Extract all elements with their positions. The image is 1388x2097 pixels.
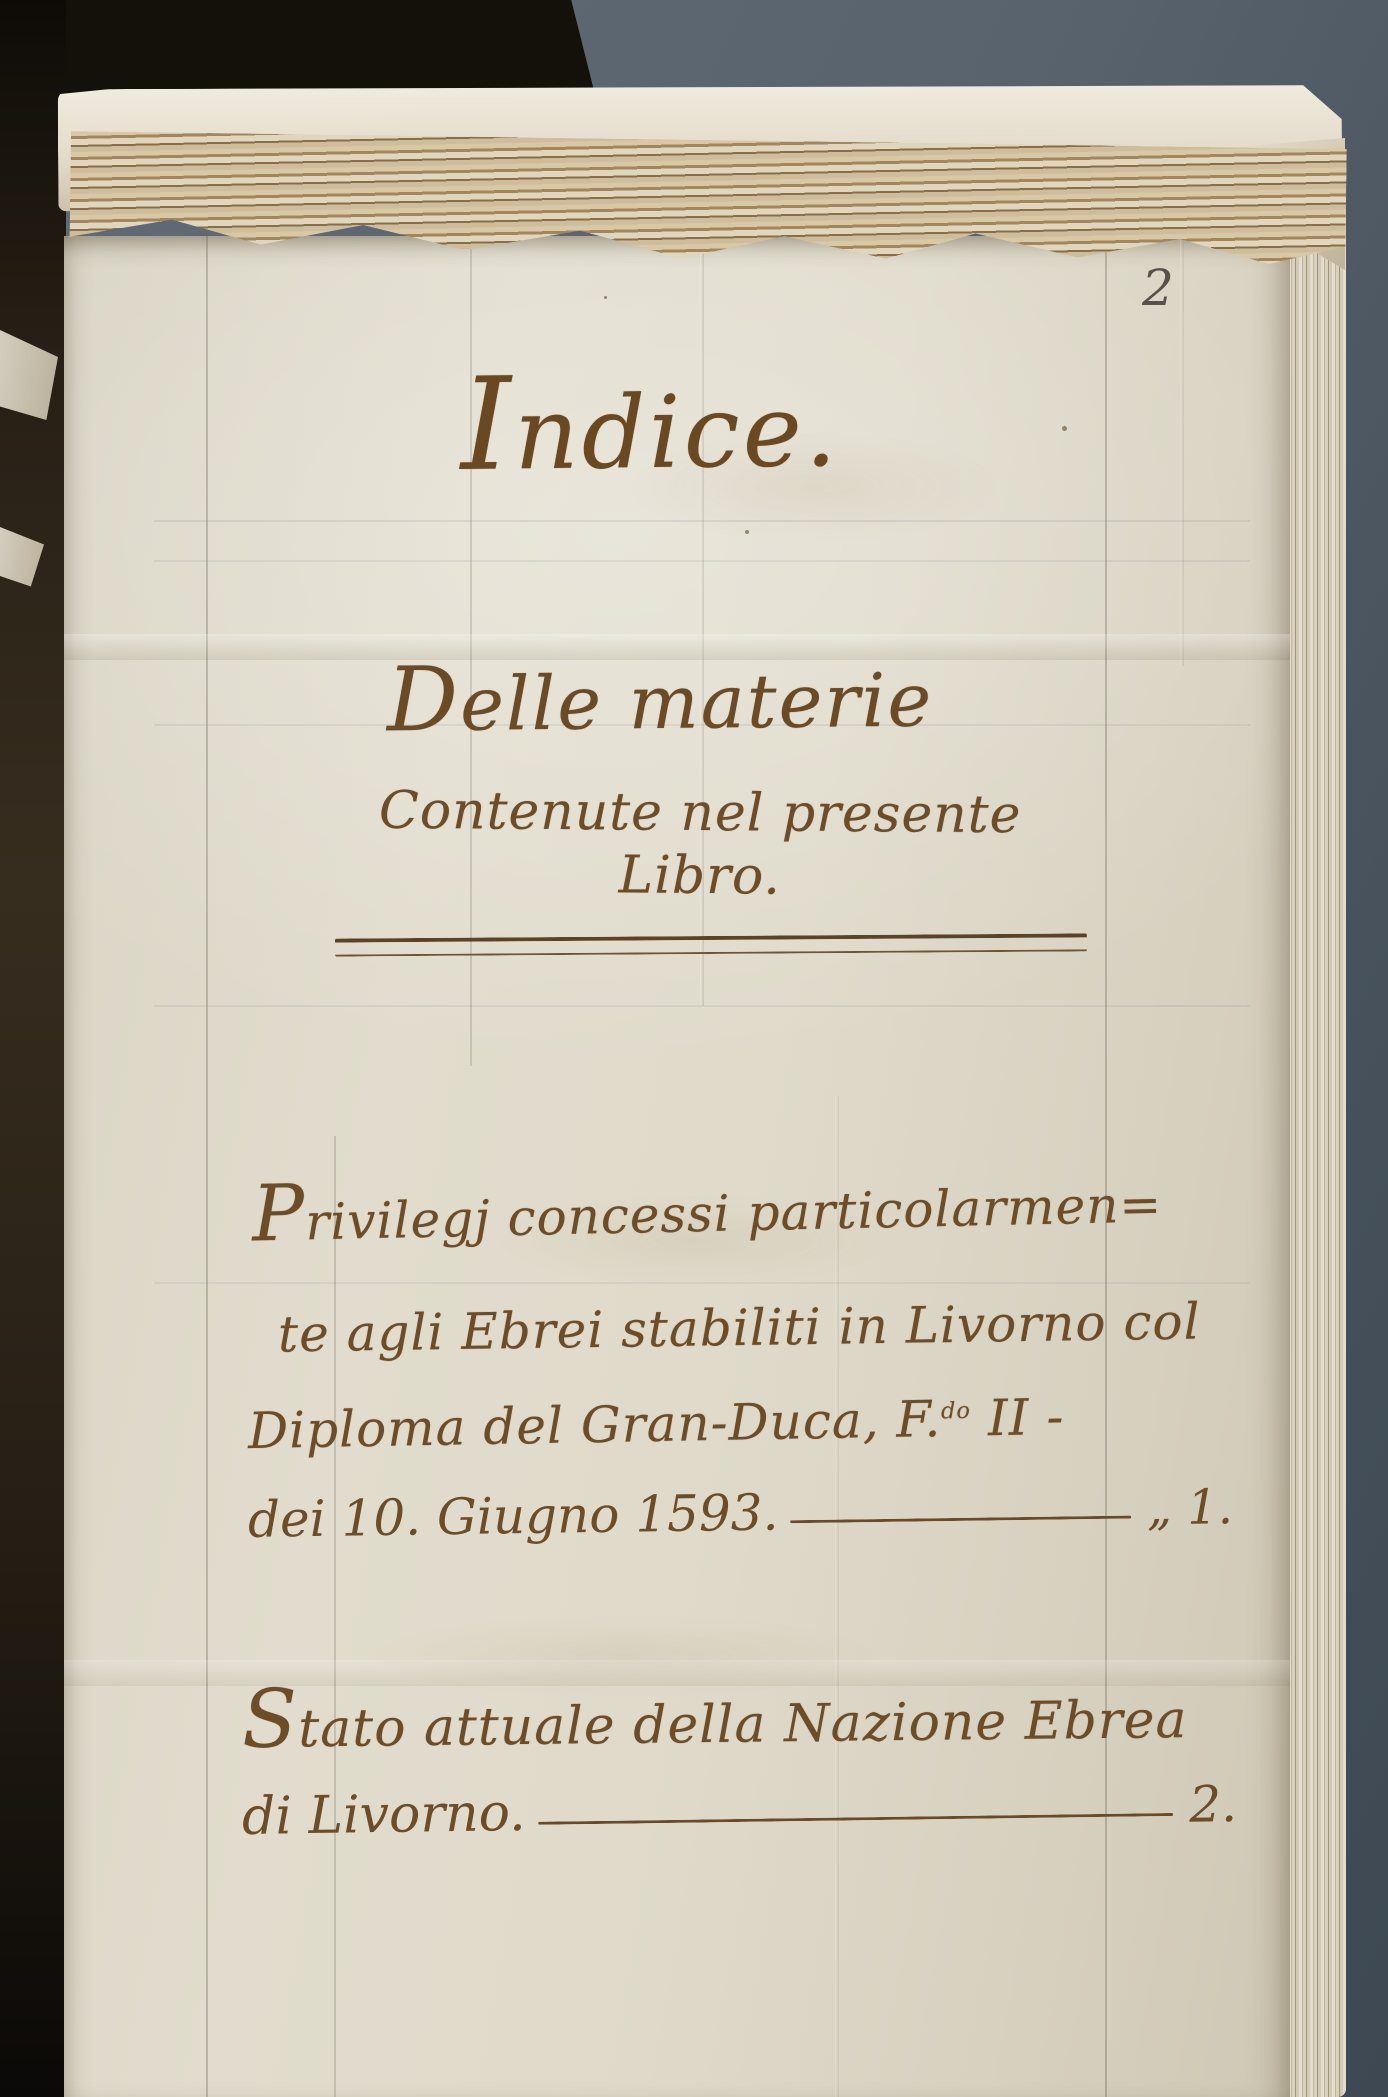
entry-line-text: Diploma del Gran-Duca, F. xyxy=(248,1390,942,1460)
entry-page-ref: 2. xyxy=(1189,1775,1238,1834)
ruling-line xyxy=(154,1005,1250,1007)
entry-page-ref: „ 1. xyxy=(1147,1479,1234,1536)
subtitle-line-2: Contenute nel presente Libro. xyxy=(300,779,1101,911)
ink-speck xyxy=(604,296,607,299)
fold-crease xyxy=(1180,236,1184,666)
page-title: Indice. xyxy=(329,343,971,506)
dash-leader xyxy=(790,1516,1131,1524)
entry-last-line: dei 10. Giugno 1593. „ 1. xyxy=(248,1477,1234,1549)
entry-line: Diploma del Gran-Duca, F.do II - xyxy=(248,1387,1065,1462)
divider-rule xyxy=(335,933,1087,956)
page-edges-right xyxy=(1288,165,1346,2097)
manuscript-photo: 2 Indice. Delle materie Contenute nel pr… xyxy=(0,0,1388,2097)
entry-line: Stato attuale della Nazione Ebrea xyxy=(242,1661,1188,1769)
entry-superscript: do xyxy=(941,1398,971,1425)
entry-line-text: dei 10. Giugno 1593. xyxy=(248,1483,779,1548)
margin-line xyxy=(334,1136,336,2097)
ink-speck xyxy=(745,530,749,534)
subtitle-line-1: Delle materie xyxy=(360,641,961,755)
margin-line xyxy=(206,236,208,2097)
entry-line-text: II - xyxy=(971,1388,1065,1448)
ruling-line xyxy=(154,560,1250,562)
entry-last-line: di Livorno. 2. xyxy=(242,1773,1238,1847)
entry-line: Privilegj concessi particolarmen= xyxy=(251,1148,1163,1262)
dash-leader xyxy=(538,1813,1174,1825)
book-gutter-shadow xyxy=(0,0,66,2097)
entry-line: te agli Ebrei stabiliti in Livorno col xyxy=(278,1292,1201,1366)
ink-speck xyxy=(1062,426,1067,431)
manuscript-page: 2 Indice. Delle materie Contenute nel pr… xyxy=(64,236,1290,2097)
entry-line-text: di Livorno. xyxy=(242,1783,526,1847)
folio-number: 2 xyxy=(1142,258,1174,319)
